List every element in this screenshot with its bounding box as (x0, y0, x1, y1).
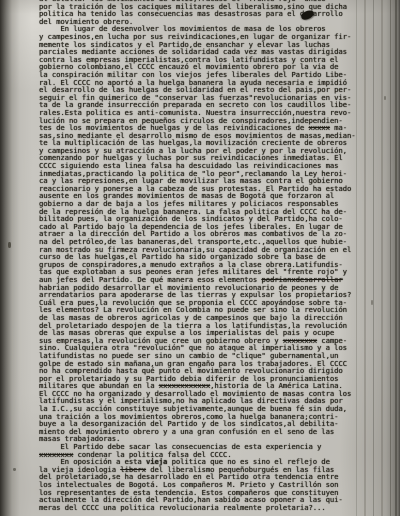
ink-speck (13, 468, 16, 471)
fold-line (390, 0, 391, 516)
fold-line (381, 0, 383, 516)
ink-speck (384, 96, 386, 100)
text-block: al estallar los movimientos de Julio,fra… (39, 0, 369, 511)
scanned-document-page: al estallar los movimientos de Julio,fra… (0, 0, 400, 516)
ink-speck (371, 300, 373, 305)
fold-line (395, 0, 397, 516)
fold-line (373, 0, 374, 516)
text-line: meras del CCCC una politica revolucionar… (39, 504, 369, 512)
ink-speck (8, 242, 11, 248)
